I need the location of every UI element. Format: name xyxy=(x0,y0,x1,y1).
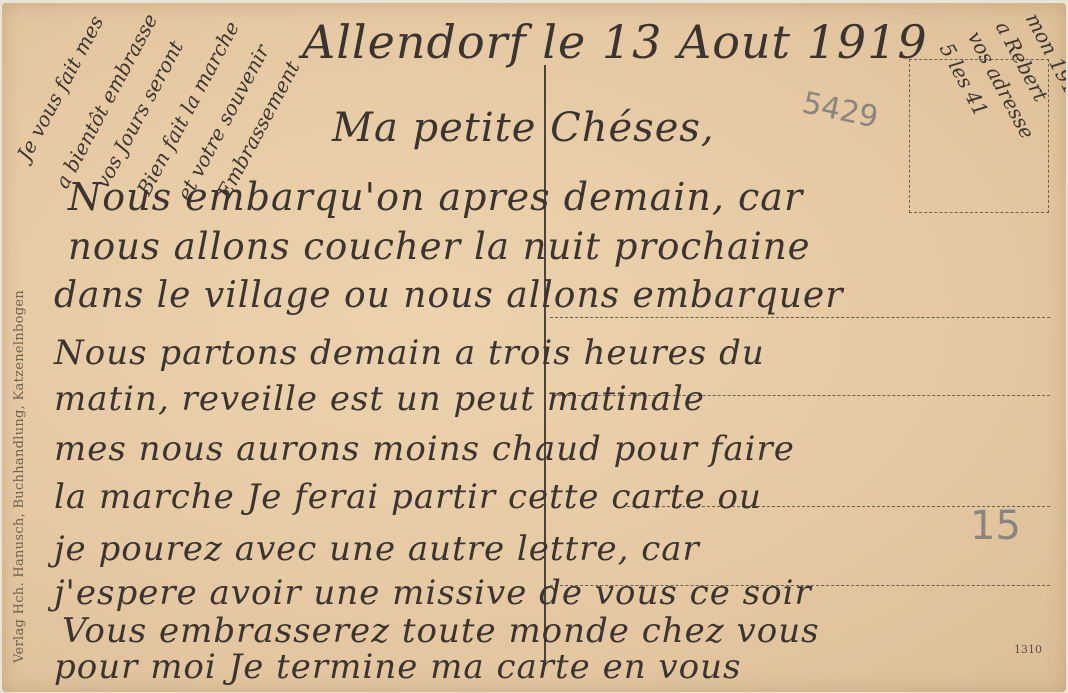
body-line: pour moi Je termine ma carte en vous xyxy=(54,647,741,687)
address-line-1 xyxy=(550,317,1050,318)
body-line: mes nous aurons moins chaud pour faire xyxy=(54,429,795,469)
body-line: Vous embrasserez toute monde chez vous xyxy=(62,611,820,651)
publisher-imprint: Verlag Hch. Hanusch, Buchhandlung, Katze… xyxy=(12,290,27,663)
pencil-number-top: 5429 xyxy=(799,85,881,135)
body-line: dans le village ou nous allons embarquer xyxy=(54,275,843,316)
postcard: Verlag Hch. Hanusch, Buchhandlung, Katze… xyxy=(2,3,1066,692)
body-line: nous allons coucher la nuit prochaine xyxy=(68,225,811,268)
body-line: je pourez avec une autre lettre, car xyxy=(54,529,700,569)
catalog-number: 1310 xyxy=(1014,643,1042,656)
greeting: Ma petite Chéses, xyxy=(332,105,715,151)
place-date-heading: Allendorf le 13 Aout 1919 xyxy=(302,15,928,69)
body-line: j'espere avoir une missive de vous ce so… xyxy=(54,573,812,613)
pencil-number-right: 15 xyxy=(970,503,1021,549)
body-line: matin, reveille est un peut matinale xyxy=(54,379,705,419)
body-line: la marche Je ferai partir cette carte ou xyxy=(54,477,762,517)
body-line: Nous partons demain a trois heures du xyxy=(54,333,765,373)
